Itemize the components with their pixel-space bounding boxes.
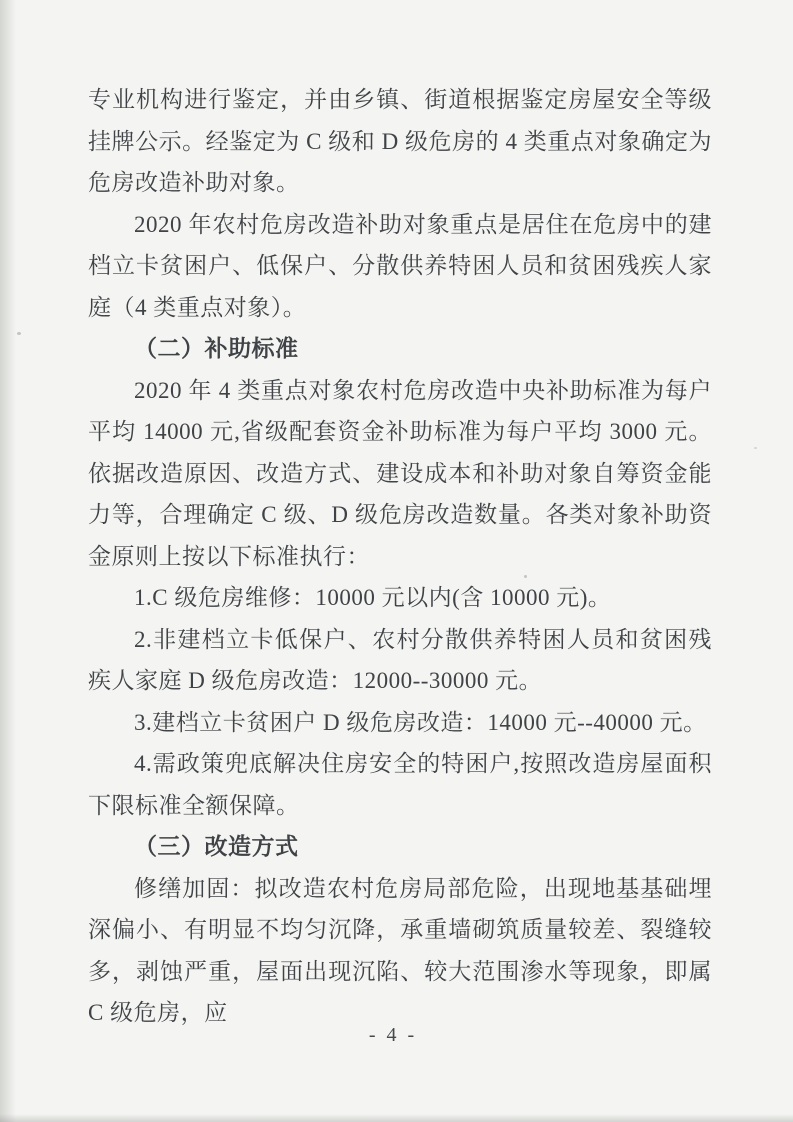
paragraph: 2020 年 4 类重点对象农村危房改造中央补助标准为每户平均 14000 元,… [88,370,712,578]
list-item-3: 3.建档立卡贫困户 D 级危房改造：14000 元--40000 元。 [88,702,712,744]
list-item-1: 1.C 级危房维修：10000 元以内(含 10000 元)。 [88,577,712,619]
paragraph: 2020 年农村危房改造补助对象重点是居住在危房中的建档立卡贫困户、低保户、分散… [88,204,712,329]
section-heading-subsidy-standard: （二）补助标准 [88,328,712,370]
section-heading-renovation-method: （三）改造方式 [88,826,712,868]
scan-artifact-speck [754,447,757,449]
document-body: 专业机构进行鉴定，并由乡镇、街道根据鉴定房屋安全等级挂牌公示。经鉴定为 C 级和… [88,79,712,1034]
paragraph-continuation: 专业机构进行鉴定，并由乡镇、街道根据鉴定房屋安全等级挂牌公示。经鉴定为 C 级和… [88,79,712,204]
page-number: - 4 - [0,1024,786,1047]
list-item-4: 4.需政策兜底解决住房安全的特困户,按照改造房屋面积下限标准全额保障。 [88,743,712,826]
paragraph: 修缮加固：拟改造农村危房局部危险，出现地基基础埋深偏小、有明显不均匀沉降，承重墙… [88,868,712,1034]
scan-artifact-speck [17,332,21,335]
list-item-2: 2.非建档立卡低保户、农村分散供养特困人员和贫困残疾人家庭 D 级危房改造：12… [88,619,712,702]
document-page: 专业机构进行鉴定，并由乡镇、街道根据鉴定房屋安全等级挂牌公示。经鉴定为 C 级和… [0,0,793,1122]
